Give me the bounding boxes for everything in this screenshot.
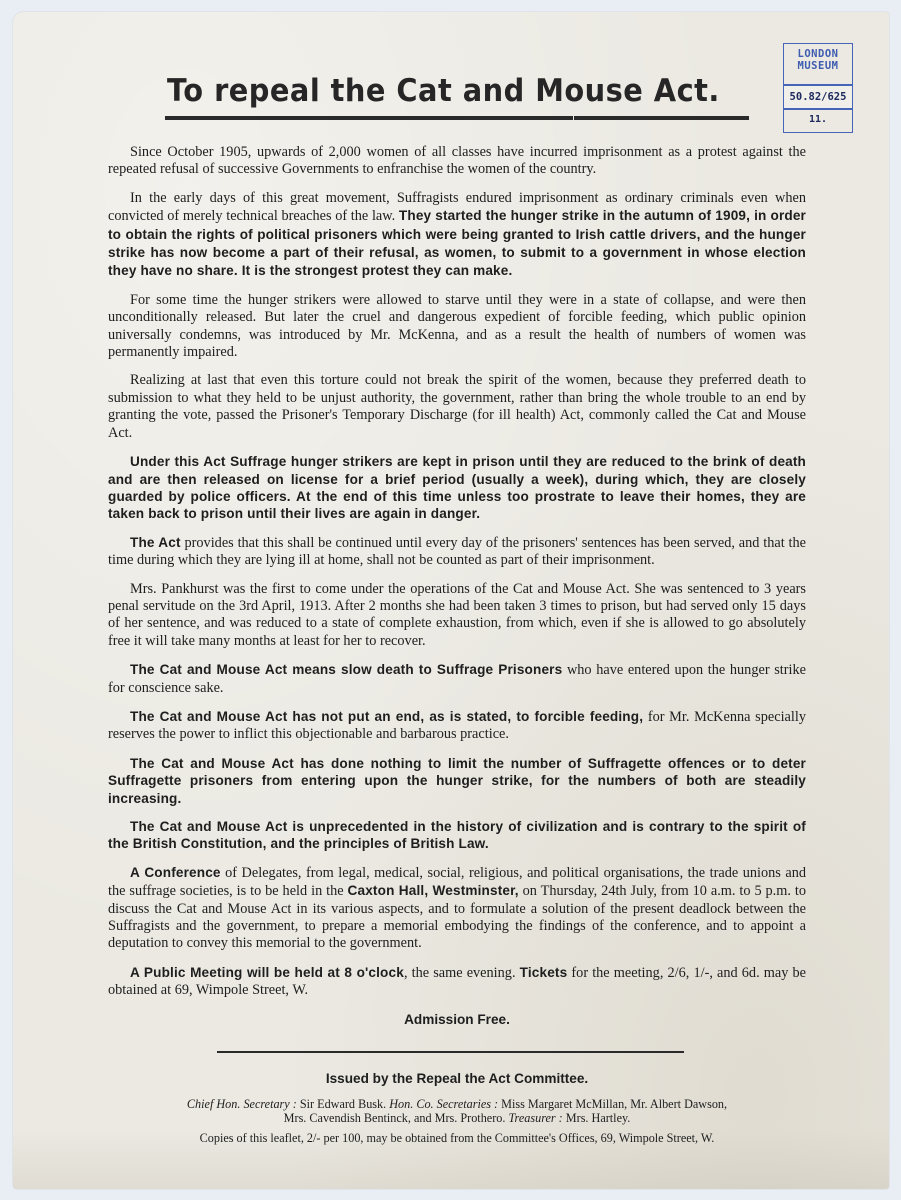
committee-officers: Chief Hon. Secretary : Sir Edward Busk. … bbox=[100, 1097, 814, 1125]
paragraph-text: Since October 1905, upwards of 2,000 wom… bbox=[108, 144, 806, 177]
title-underline-left bbox=[165, 116, 573, 120]
page-title: To repeal the Cat and Mouse Act. bbox=[167, 72, 711, 110]
paragraph-emphasis: The Cat and Mouse Act has not put an end… bbox=[130, 709, 643, 724]
tickets-label: Tickets bbox=[520, 965, 568, 980]
paragraph-text: Mrs. Pankhurst was the first to come und… bbox=[108, 581, 806, 649]
leaflet-body: Since October 1905, upwards of 2,000 wom… bbox=[108, 144, 806, 1040]
co-secretaries-names-cont: Mrs. Cavendish Bentinck, and Mrs. Prothe… bbox=[284, 1111, 509, 1125]
paragraph-done-nothing: The Cat and Mouse Act has done nothing t… bbox=[108, 755, 806, 807]
paragraph-text: provides that this shall be continued un… bbox=[108, 535, 806, 568]
paragraph-text: Realizing at last that even this torture… bbox=[108, 372, 806, 440]
chief-secretary-name: Sir Edward Busk. bbox=[297, 1097, 389, 1111]
paragraph-emphasis: A Conference bbox=[130, 865, 221, 880]
paragraph-text: For some time the hunger strikers were a… bbox=[108, 292, 806, 360]
paragraph-text: , the same evening. bbox=[404, 965, 520, 981]
paragraph-unprecedented: The Cat and Mouse Act is unprecedented i… bbox=[108, 818, 806, 853]
paragraph-pankhurst: Mrs. Pankhurst was the first to come und… bbox=[108, 581, 806, 651]
treasurer-label: Treasurer : bbox=[508, 1111, 562, 1125]
paragraph-act-passed: Realizing at last that even this torture… bbox=[108, 372, 806, 442]
stamp-line-london: LONDON bbox=[784, 48, 852, 60]
paragraph-emphasis: The Cat and Mouse Act has done nothing t… bbox=[108, 756, 806, 806]
paragraph-hunger-strike-origin: In the early days of this great movement… bbox=[108, 190, 806, 281]
paragraph-public-meeting: A Public Meeting will be held at 8 o'clo… bbox=[108, 964, 806, 1000]
admission-line: Admission Free. bbox=[108, 1011, 806, 1029]
stamp-accession-number: 50.82/625 bbox=[784, 86, 852, 110]
paragraph-emphasis: The Act bbox=[130, 535, 181, 550]
paragraph-not-ended-feeding: The Cat and Mouse Act has not put an end… bbox=[108, 708, 806, 744]
paragraph-emphasis: The Cat and Mouse Act means slow death t… bbox=[130, 662, 562, 677]
admission-free: Admission Free. bbox=[404, 1012, 510, 1027]
paragraph-act-provides: The Act provides that this shall be cont… bbox=[108, 534, 806, 570]
stamp-header: LONDON MUSEUM bbox=[784, 44, 852, 86]
co-secretaries-names: Miss Margaret McMillan, Mr. Albert Dawso… bbox=[498, 1097, 727, 1111]
paragraph-slow-death: The Cat and Mouse Act means slow death t… bbox=[108, 661, 806, 697]
copies-note: Copies of this leaflet, 2/- per 100, may… bbox=[100, 1131, 814, 1145]
paragraph-under-this-act: Under this Act Suffrage hunger strikers … bbox=[108, 453, 806, 523]
paragraph-forcible-feeding: For some time the hunger strikers were a… bbox=[108, 292, 806, 362]
co-secretaries-label: Hon. Co. Secretaries : bbox=[389, 1097, 498, 1111]
paragraph-conference: A Conference of Delegates, from legal, m… bbox=[108, 864, 806, 953]
paragraph-emphasis: A Public Meeting will be held at 8 o'clo… bbox=[130, 965, 404, 980]
issued-by: Issued by the Repeal the Act Committee. bbox=[108, 1071, 806, 1086]
paragraph-emphasis: Under this Act Suffrage hunger strikers … bbox=[108, 454, 806, 521]
stamp-sub-number: 11. bbox=[784, 110, 852, 130]
venue-name: Caxton Hall, Westminster, bbox=[348, 883, 519, 898]
footer-divider bbox=[217, 1051, 684, 1053]
paragraph-emphasis: The Cat and Mouse Act is unprecedented i… bbox=[108, 819, 806, 851]
treasurer-name: Mrs. Hartley. bbox=[563, 1111, 631, 1125]
paragraph-imprisonment-intro: Since October 1905, upwards of 2,000 wom… bbox=[108, 144, 806, 179]
london-museum-stamp: LONDON MUSEUM 50.82/625 11. bbox=[783, 43, 853, 133]
title-underline-right bbox=[574, 116, 749, 120]
stamp-line-museum: MUSEUM bbox=[784, 60, 852, 72]
chief-secretary-label: Chief Hon. Secretary : bbox=[187, 1097, 297, 1111]
